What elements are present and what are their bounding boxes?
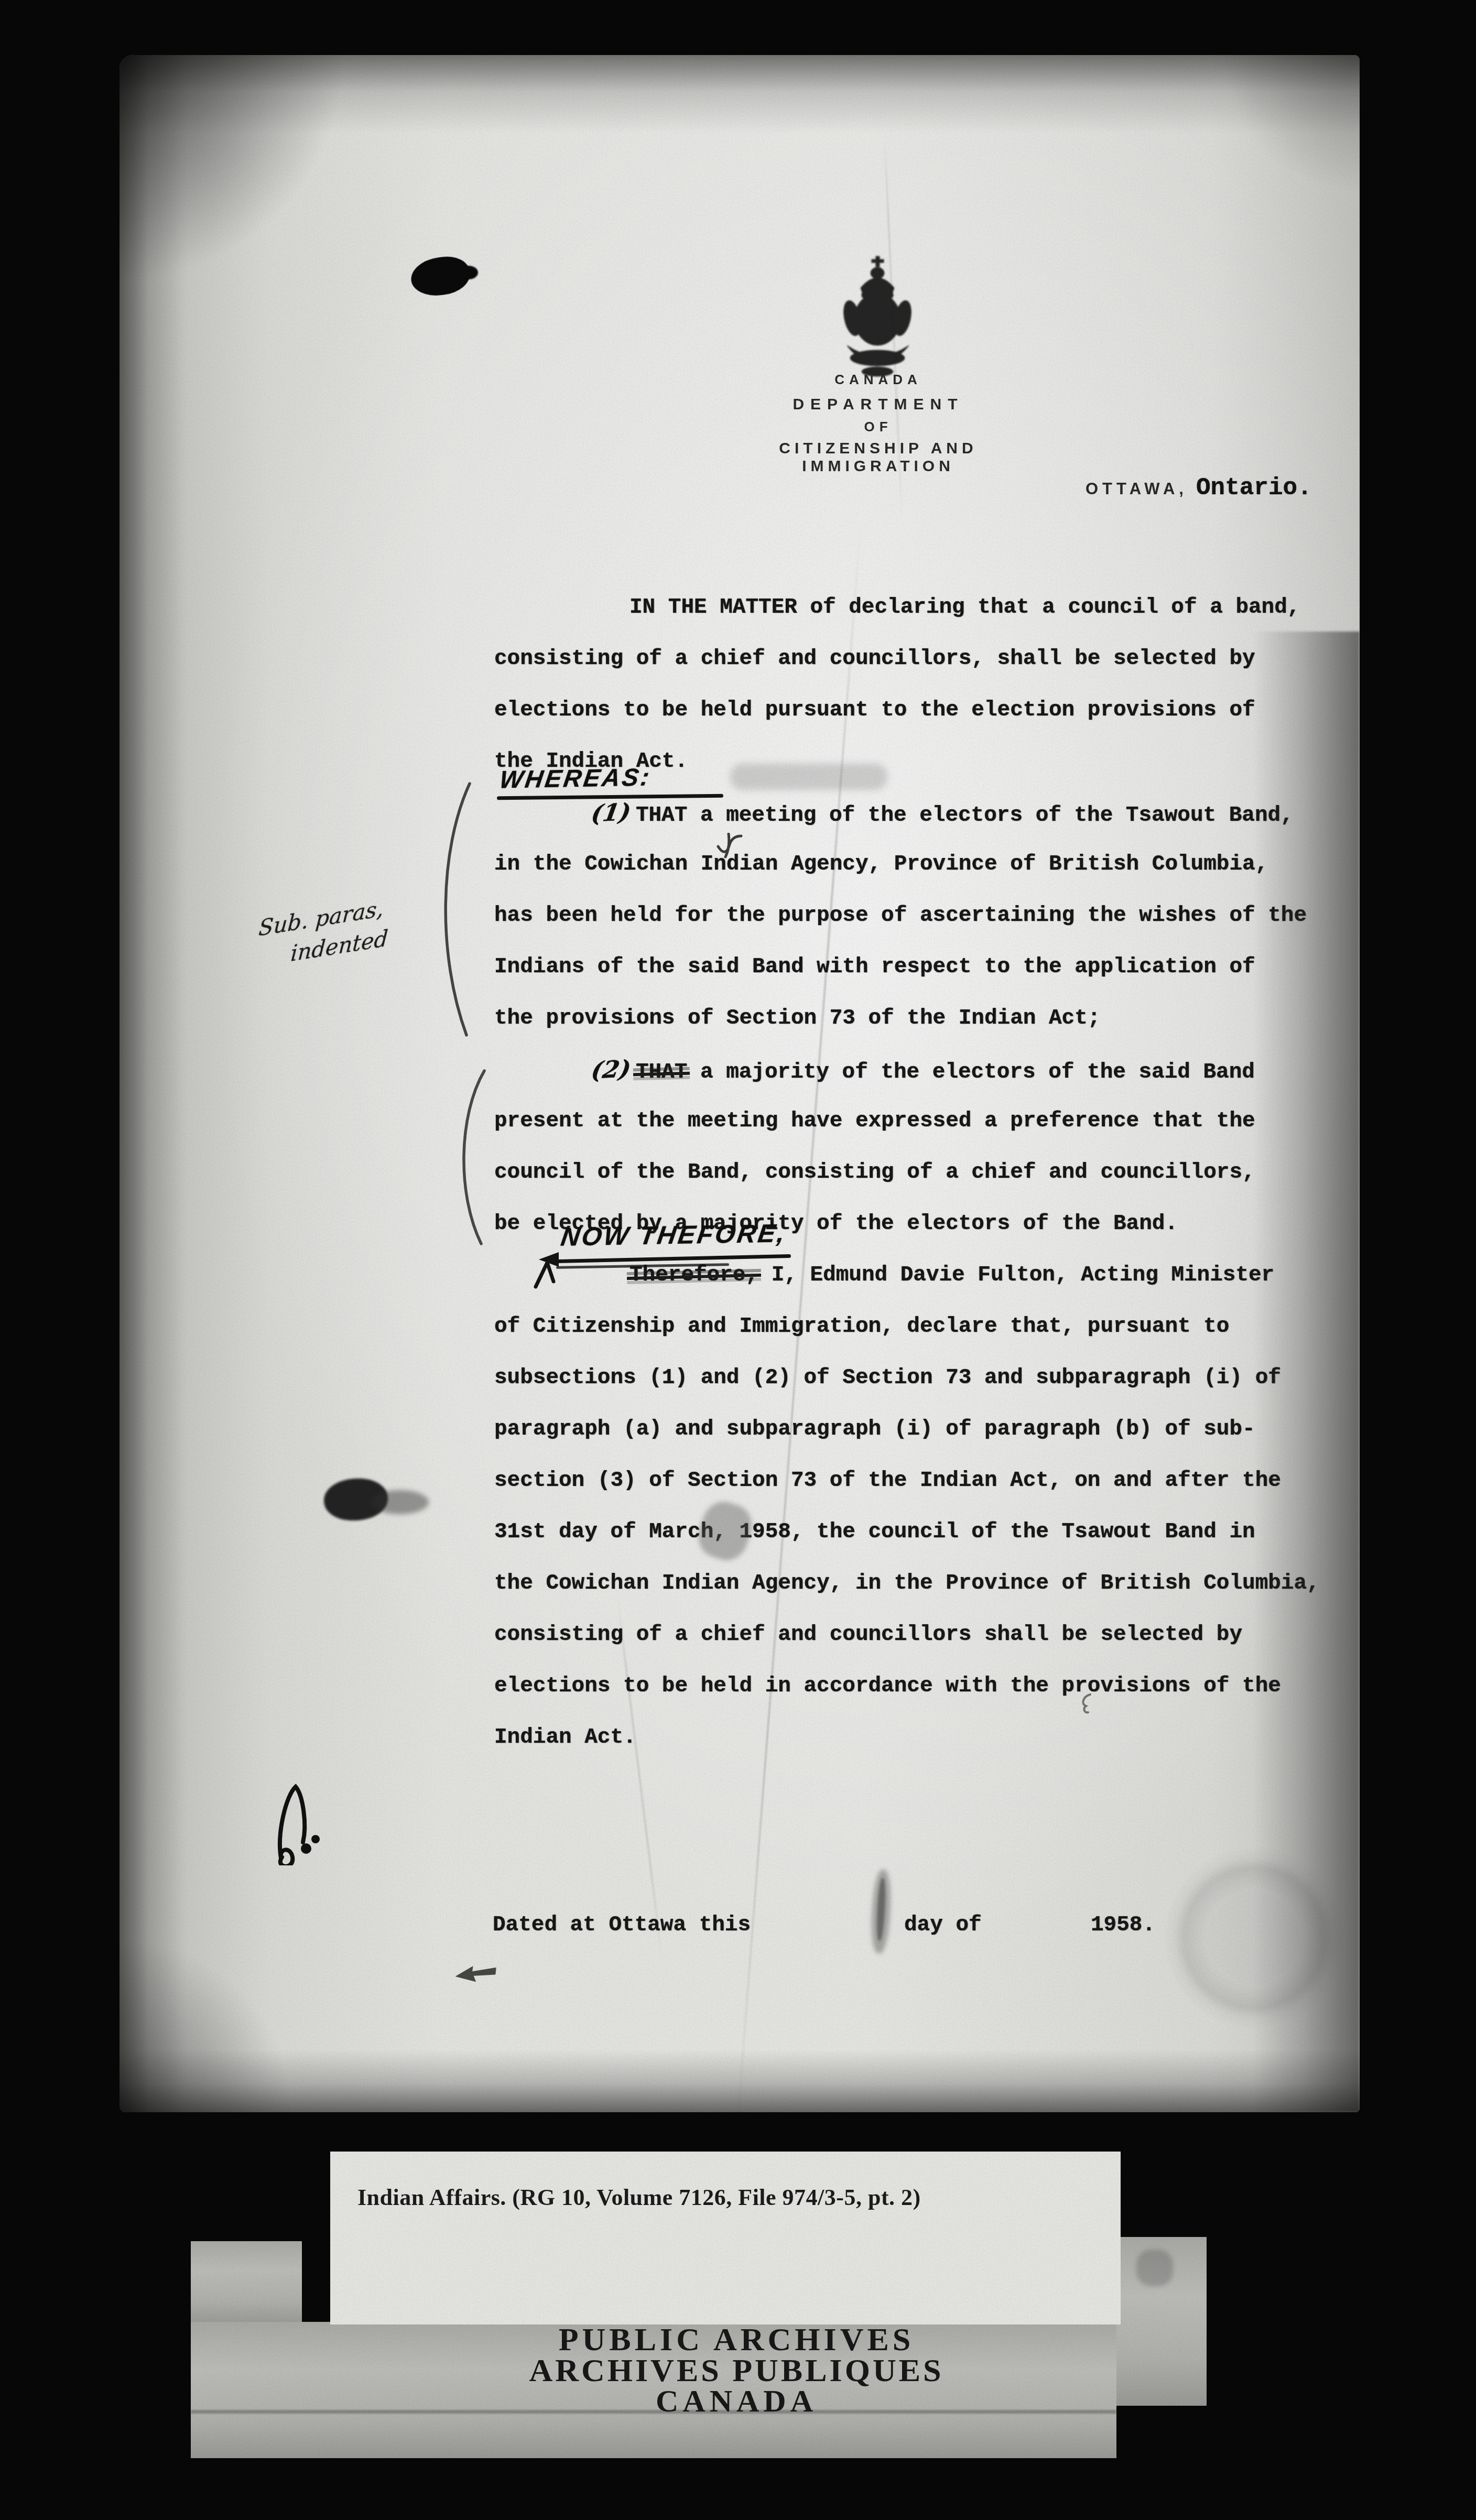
typed-text: I, Edmund Davie Fulton, Acting Minister bbox=[758, 1263, 1274, 1287]
handwritten-whereas: WHEREAS: bbox=[498, 762, 653, 794]
archival-reference-text: Indian Affairs. (RG 10, Volume 7126, Fil… bbox=[357, 2184, 921, 2211]
margin-brace-paragraph-1 bbox=[429, 781, 473, 1037]
faint-round-stamp bbox=[1165, 1848, 1343, 2028]
typed-text: subsections (1) and (2) of Section 73 an… bbox=[494, 1366, 1281, 1390]
letterhead-dept: DEPARTMENT bbox=[720, 396, 1037, 415]
place-caps: OTTAWA, bbox=[1086, 480, 1188, 498]
typed-text: Indian Act. bbox=[494, 1725, 636, 1750]
plaque-left-tab bbox=[191, 2241, 302, 2325]
typed-line: has been held for the purpose of ascerta… bbox=[494, 890, 1360, 941]
typed-line: in the Cowichan Indian Agency, Province … bbox=[494, 839, 1360, 890]
dated-line-part1: Dated at Ottawa this bbox=[493, 1913, 751, 1937]
body-lines: IN THE MATTER of declaring that a counci… bbox=[494, 582, 1360, 1763]
document-page: CANADA DEPARTMENT OF CITIZENSHIP AND IMM… bbox=[120, 55, 1360, 2112]
typed-line: the provisions of Section 73 of the Indi… bbox=[494, 993, 1360, 1044]
dated-line-part3: 1958. bbox=[1091, 1913, 1155, 1937]
typed-text: THAT a meeting of the electors of the Ts… bbox=[636, 803, 1294, 828]
typed-line: of Citizenship and Immigration, declare … bbox=[494, 1301, 1360, 1352]
ink-blot-top-left bbox=[409, 254, 472, 298]
arrow-smudge bbox=[454, 1962, 497, 1985]
ink-blot-top-left-tail bbox=[459, 266, 478, 279]
struck-text: THAT bbox=[636, 1060, 687, 1084]
dated-line-ink-streak bbox=[870, 1869, 892, 1954]
typed-line: elections to be held pursuant to the ele… bbox=[494, 685, 1360, 736]
typed-text: consisting of a chief and councillors sh… bbox=[494, 1623, 1242, 1647]
typed-text: the Cowichan Indian Agency, in the Provi… bbox=[494, 1571, 1320, 1595]
typed-line: Indian Act. bbox=[494, 1712, 1360, 1763]
typed-text: council of the Band, consisting of a chi… bbox=[494, 1160, 1255, 1185]
place-city: Ontario. bbox=[1196, 474, 1312, 502]
typed-line: IN THE MATTER of declaring that a counci… bbox=[494, 582, 1360, 633]
typed-text: paragraph (a) and subparagraph (i) of pa… bbox=[494, 1417, 1255, 1441]
letterhead: CANADA DEPARTMENT OF CITIZENSHIP AND IMM… bbox=[720, 372, 1037, 459]
typed-text: section (3) of Section 73 of the Indian … bbox=[494, 1469, 1281, 1493]
ink-smear-left-margin bbox=[322, 1476, 389, 1523]
letterhead-branch: CITIZENSHIP AND IMMIGRATION bbox=[720, 440, 1037, 459]
microfilm-scan-frame: CANADA DEPARTMENT OF CITIZENSHIP AND IMM… bbox=[0, 0, 1476, 2520]
typed-text: the provisions of Section 73 of the Indi… bbox=[494, 1006, 1100, 1030]
typed-line: 31st day of March, 1958, the council of … bbox=[494, 1506, 1360, 1558]
dated-line-ink-streak-core bbox=[876, 1878, 886, 1941]
ink-smear-left-margin-tail bbox=[371, 1490, 429, 1514]
typed-line: Therefore, I, Edmund Davie Fulton, Actin… bbox=[494, 1250, 1360, 1301]
typed-line: (2)THAT a majority of the electors of th… bbox=[494, 1044, 1360, 1095]
typed-text: has been held for the purpose of ascerta… bbox=[494, 904, 1307, 928]
archival-label-strip: Indian Affairs. (RG 10, Volume 7126, Fil… bbox=[330, 2152, 1121, 2325]
typed-line: subsections (1) and (2) of Section 73 an… bbox=[494, 1352, 1360, 1404]
typed-text: elections to be held in accordance with … bbox=[494, 1674, 1281, 1698]
letterhead-of: OF bbox=[720, 419, 1037, 436]
typed-text: 31st day of March, 1958, the council of … bbox=[494, 1520, 1255, 1544]
typed-line: Indians of the said Band with respect to… bbox=[494, 941, 1360, 993]
typed-text: present at the meeting have expressed a … bbox=[494, 1109, 1255, 1133]
margin-note: Sub. paras, indented bbox=[256, 894, 391, 972]
typed-line: consisting of a chief and councillors, s… bbox=[494, 633, 1360, 685]
letterhead-country: CANADA bbox=[720, 372, 1037, 389]
typed-line: paragraph (a) and subparagraph (i) of pa… bbox=[494, 1404, 1360, 1455]
typed-line: the Cowichan Indian Agency, in the Provi… bbox=[494, 1558, 1360, 1609]
typed-line: council of the Band, consisting of a chi… bbox=[494, 1147, 1360, 1198]
plaque-line-canada: CANADA bbox=[335, 2386, 1137, 2416]
typed-line: present at the meeting have expressed a … bbox=[494, 1095, 1360, 1147]
typed-text: IN THE MATTER of declaring that a counci… bbox=[630, 595, 1300, 620]
typed-line: consisting of a chief and councillors sh… bbox=[494, 1609, 1360, 1660]
handwritten-insert: (1) bbox=[588, 786, 635, 840]
handwritten-now-therefore: NOW THEFORE, bbox=[559, 1219, 788, 1252]
typed-text: consisting of a chief and councillors, s… bbox=[494, 647, 1255, 671]
place-line: OTTAWA, Ontario. bbox=[1086, 474, 1312, 502]
dated-line-part2: day of bbox=[904, 1913, 982, 1937]
typed-text: of Citizenship and Immigration, declare … bbox=[494, 1315, 1229, 1339]
margin-brace-paragraph-2 bbox=[447, 1069, 489, 1246]
typed-text: Indians of the said Band with respect to… bbox=[494, 955, 1255, 979]
plaque-line-french: ARCHIVES PUBLIQUES bbox=[335, 2355, 1137, 2386]
typed-text: elections to be held pursuant to the ele… bbox=[494, 698, 1255, 722]
typed-line: section (3) of Section 73 of the Indian … bbox=[494, 1455, 1360, 1506]
typed-text: a majority of the electors of the said B… bbox=[687, 1060, 1255, 1084]
canada-coat-of-arms-icon bbox=[838, 255, 919, 380]
handwritten-insert: (2) bbox=[588, 1043, 635, 1096]
plaque-text: PUBLIC ARCHIVES ARCHIVES PUBLIQUES CANAD… bbox=[335, 2324, 1137, 2416]
typed-text: in the Cowichan Indian Agency, Province … bbox=[494, 852, 1268, 876]
plaque-line-english: PUBLIC ARCHIVES bbox=[335, 2324, 1137, 2355]
typed-line: elections to be held in accordance with … bbox=[494, 1660, 1360, 1712]
handwritten-monogram bbox=[273, 1780, 330, 1865]
